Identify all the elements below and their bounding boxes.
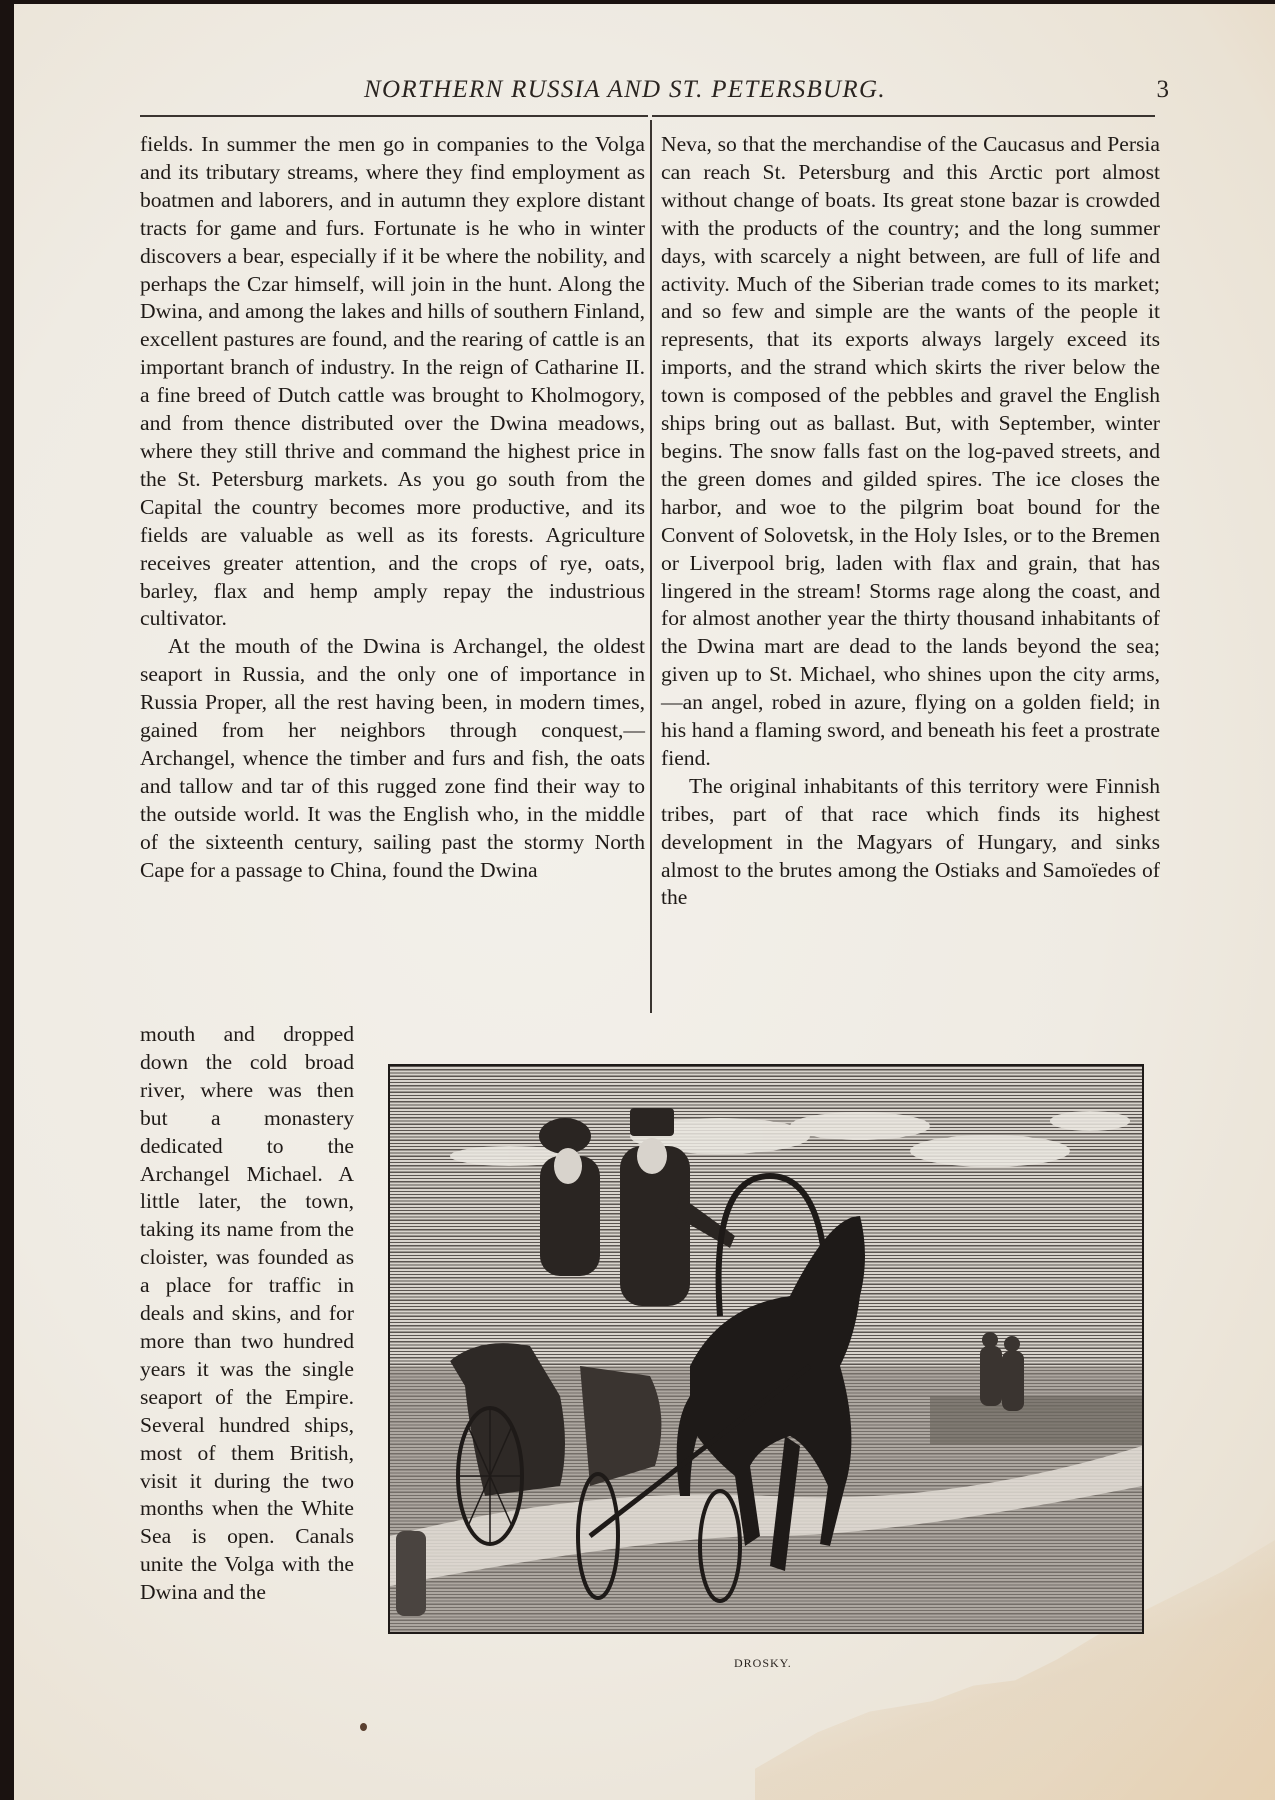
narrow-column-beside-figure: mouth and dropped down the cold broad ri… xyxy=(140,1021,354,1607)
running-title: NORTHERN RUSSIA AND ST. PETERSBURG. xyxy=(364,76,886,104)
column-divider xyxy=(650,120,652,1013)
drosky-engraving xyxy=(388,1064,1144,1634)
page-number: 3 xyxy=(1157,76,1170,104)
running-header: NORTHERN RUSSIA AND ST. PETERSBURG. 3 xyxy=(154,66,1169,106)
right-column: Neva, so that the merchandise of the Cau… xyxy=(661,131,1160,912)
paragraph: The original inhabitants of this territo… xyxy=(661,773,1160,913)
figure-caption: DROSKY. xyxy=(734,1656,792,1671)
header-rule-left xyxy=(140,115,648,117)
paper-speck xyxy=(360,1723,367,1731)
engraving-illustration xyxy=(390,1066,1142,1632)
paragraph: Neva, so that the merchandise of the Cau… xyxy=(661,131,1160,773)
paragraph: At the mouth of the Dwina is Archangel, … xyxy=(140,633,645,884)
paragraph: fields. In summer the men go in companie… xyxy=(140,131,645,633)
paragraph: mouth and dropped down the cold broad ri… xyxy=(140,1021,354,1607)
left-column: fields. In summer the men go in companie… xyxy=(140,131,645,884)
header-rule-right xyxy=(652,115,1155,117)
